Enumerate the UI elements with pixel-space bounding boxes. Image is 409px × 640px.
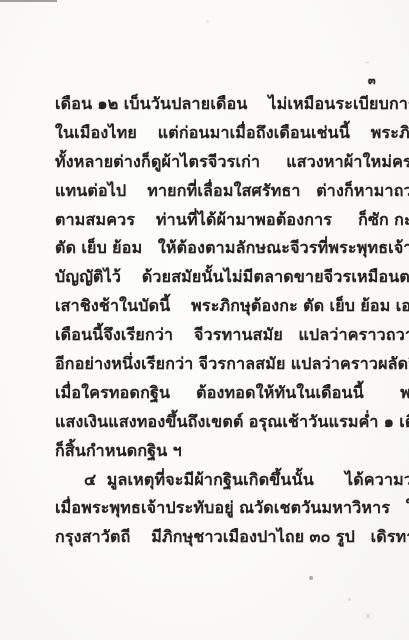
text-line-paragraph-start: ๔ มูลเหตุที่จะมีผ้ากฐินเกิดขึ้นนั้น ได้ค… [55,466,395,495]
text-line: บัญญัติไว้ ด้วยสมัยนั้นไม่มีตลาดขายจีวรเ… [55,263,395,292]
dust-speck [309,576,313,580]
text-line: แสงเงินแสงทองขึ้นถึงเขตต์ อรุณเช้าวันแรม… [55,408,395,437]
text-line: ในเมืองไทย แต่ก่อนมาเมื่อถึงเดือนเช่นนี้… [55,119,395,148]
dust-speck [366,614,370,618]
dust-speck [206,20,209,23]
scan-edge-artifact [0,0,57,2]
body-text: เดือน ๑๒ เบ็นวันปลายเดือน ไม่เหมือนระเบี… [55,90,395,552]
text-line: ทั้งหลายต่างก็ดูผ้าไตรจีวรเก่า แสวงหาผ้า… [55,148,395,177]
text-line: เมื่อพระพุทธเจ้าประทับอยู่ ณวัดเชตวันมหา… [55,494,395,523]
text-line: เดือนนี้จึงเรียกว่า จีวรทานสมัย แปลว่าคร… [55,321,395,350]
text-line: กรุงสาวัตถี มีภิกษุชาวเมืองปาไถย ๓๐ รูป … [55,523,395,552]
ink-smudge: ~ [365,60,377,65]
text-line: ก็สิ้นกำหนดกฐิน ฯ [55,437,395,466]
text-line: แทนต่อไป ทายกที่เลื่อมใสศรัทธา ต่างก็หาม… [55,177,395,206]
dust-speck [348,598,351,601]
text-line: เสาชิงช้าในบัดนี้ พระภิกษุต้องกะ ตัด เย็… [55,292,395,321]
text-line: เดือน ๑๒ เบ็นวันปลายเดือน ไม่เหมือนระเบี… [55,90,395,119]
page-number: ๓ [368,76,376,87]
text-line: อีกอย่างหนึ่งเรียกว่า จีวรกาลสมัย แปลว่า… [55,350,395,379]
scanned-page: ~ ๓ เดือน ๑๒ เบ็นวันปลายเดือน ไม่เหมือนร… [0,0,409,640]
text-line: เมื่อใครทอดกฐิน ต้องทอดให้ทันในเดือนนี้ … [55,379,395,408]
text-line: ตามสมควร ท่านที่ได้ผ้ามาพอต้องการ ก็ซัก … [55,206,395,235]
text-line: ตัด เย็บ ย้อม ให้ต้องตามลักษณะจีวรที่พระ… [55,234,395,263]
